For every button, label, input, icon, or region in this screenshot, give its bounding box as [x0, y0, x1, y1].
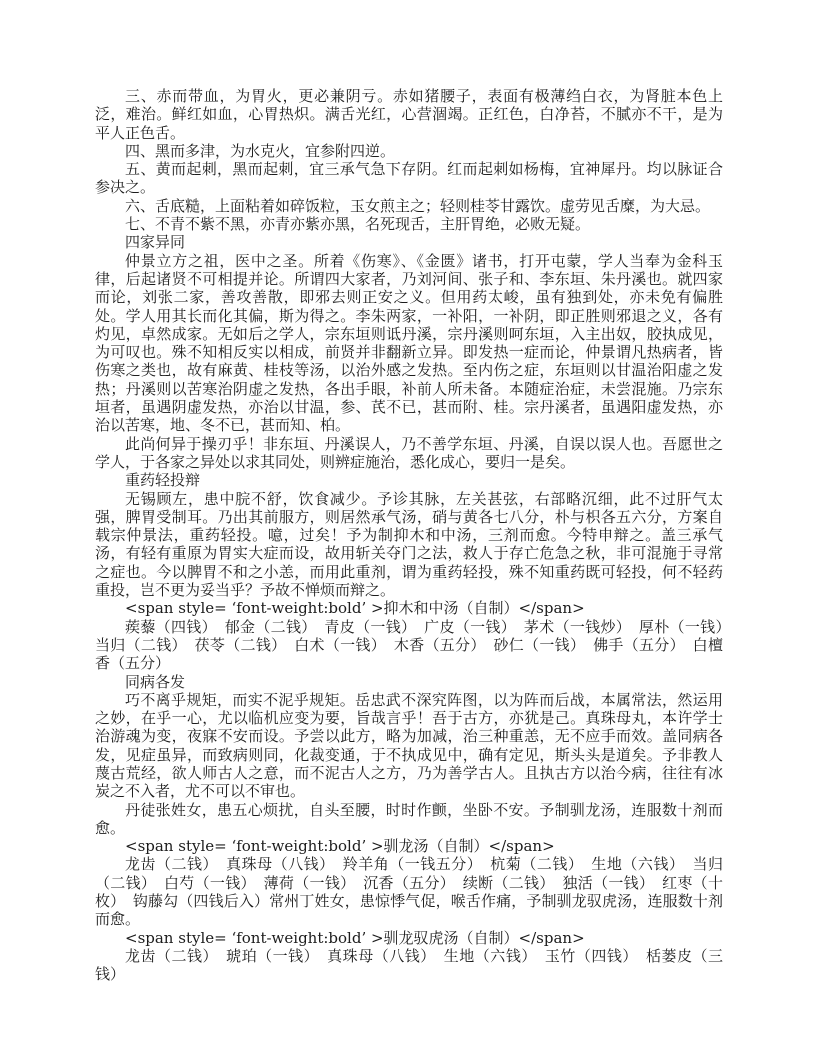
paragraph: 六、舌底糙，上面粘着如碎饭粒，玉女煎主之；轻则桂苓甘露饮。虚劳见舌糜，为大忌。 [95, 197, 723, 215]
document-page: 三、赤而带血，为胃火，更必兼阴亏。赤如猪腰子，表面有极薄绉白衣，为肾脏本色上泛，… [0, 0, 816, 1056]
page-content: 三、赤而带血，为胃火，更必兼阴亏。赤如猪腰子，表面有极薄绉白衣，为肾脏本色上泛，… [95, 87, 723, 984]
paragraph: <span style= ‘font-weight:bold’ >驯龙驭虎汤（自… [95, 929, 723, 947]
paragraph: 仲景立方之祖，医中之圣。所着《伤寒》、《金匮》诸书，打开屯蒙，学人当奉为金科玉律… [95, 252, 723, 435]
paragraph: 七、不青不紫不黑，亦青亦紫亦黑，名死现舌，主肝胃绝，必败无疑。 [95, 215, 723, 233]
paragraph: 丹徒张姓女，患五心烦扰，自头至腰，时时作颤，坐卧不安。予制驯龙汤，连服数十剂而愈… [95, 801, 723, 838]
paragraph: 五、黄而起刺，黑而起刺，宜三承气急下存阴。红而起刺如杨梅，宜神犀丹。均以脉证合参… [95, 160, 723, 197]
paragraph: 同病各发 [95, 673, 723, 691]
paragraph: <span style= ‘font-weight:bold’ >抑木和中汤（自… [95, 599, 723, 617]
paragraph: 无锡顾左，患中脘不舒，饮食减少。予诊其脉，左关甚弦，右部略沉细，此不过肝气太强，… [95, 490, 723, 600]
paragraph: 四、黑而多津，为水克火，宜参附四逆。 [95, 142, 723, 160]
paragraph: 三、赤而带血，为胃火，更必兼阴亏。赤如猪腰子，表面有极薄绉白衣，为肾脏本色上泛，… [95, 87, 723, 142]
paragraph: 蒺藜（四钱） 郁金（二钱） 青皮（一钱） 广皮（一钱） 茅术（一钱炒） 厚朴（一… [95, 618, 723, 673]
paragraph: 龙齿（二钱） 琥珀（一钱） 真珠母（八钱） 生地（六钱） 玉竹（四钱） 栝蒌皮（… [95, 947, 723, 984]
paragraph: 巧不离乎规矩，而实不泥乎规矩。岳忠武不深究阵图，以为阵而后战，本属常法，然运用之… [95, 691, 723, 801]
paragraph: 四家异同 [95, 233, 723, 251]
paragraph: 此尚何异于操刃乎！非东垣、丹溪误人，乃不善学东垣、丹溪，自误以误人也。吾愿世之学… [95, 435, 723, 472]
paragraph: 重药轻投辩 [95, 471, 723, 489]
paragraph: 龙齿（二钱） 真珠母（八钱） 羚羊角（一钱五分） 杭菊（二钱） 生地（六钱） 当… [95, 855, 723, 928]
paragraph: <span style= ‘font-weight:bold’ >驯龙汤（自制）… [95, 837, 723, 855]
